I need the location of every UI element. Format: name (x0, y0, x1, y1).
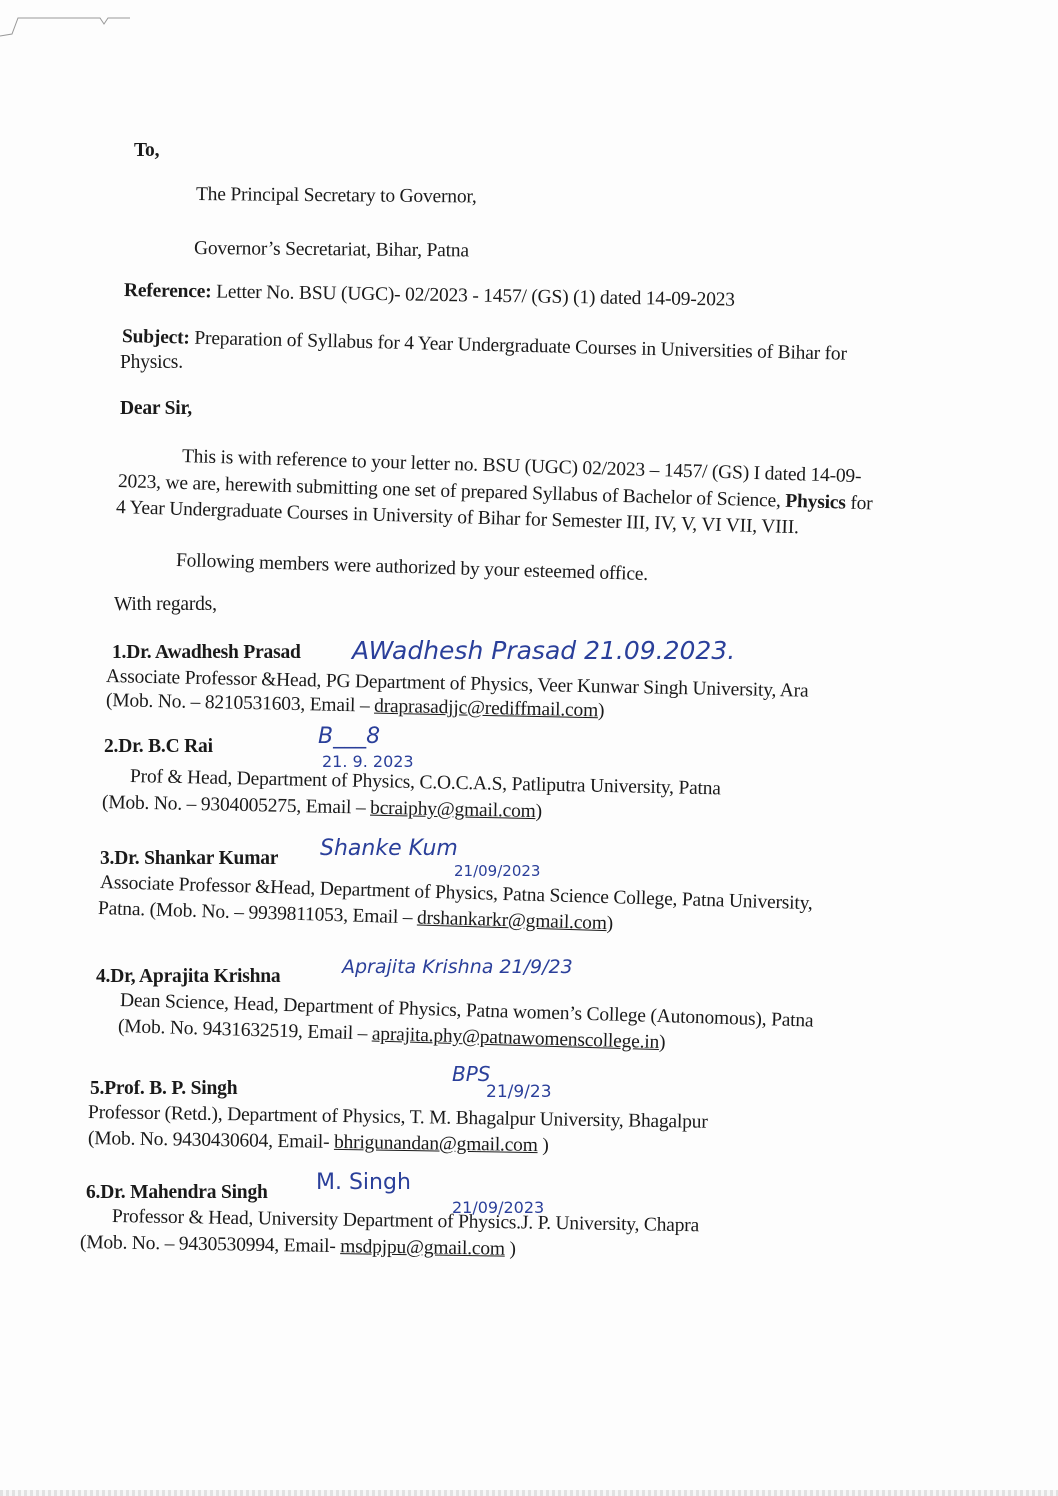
member-signature: Aprajita Krishna 21/9/23 (342, 956, 573, 978)
member-name: 3.Dr. Shankar Kumar (100, 848, 278, 870)
subject-text: Preparation of Syllabus for 4 Year Under… (194, 328, 847, 365)
email-link[interactable]: bcraiphy@gmail.com (370, 798, 536, 822)
reference-line: Reference: Letter No. BSU (UGC)- 02/2023… (124, 280, 735, 312)
recipient-line-1: The Principal Secretary to Governor, (196, 184, 477, 208)
member-signature: B___8 (318, 724, 380, 749)
member-name: 6.Dr. Mahendra Singh (86, 1182, 268, 1204)
subject-label: Subject: (122, 326, 190, 349)
email-link[interactable]: draprasadjjc@rediffmail.com (374, 696, 598, 722)
member-signature-date: 21. 9. 2023 (322, 752, 414, 771)
email-link[interactable]: msdpjpu@gmail.com (340, 1236, 505, 1260)
member-signature: Shanke Kum (320, 836, 458, 861)
reference-text: Letter No. BSU (UGC)- 02/2023 - 1457/ (G… (216, 281, 735, 310)
member-contact: (Mob. No. – 9430530994, Email- msdpjpu@g… (80, 1232, 516, 1261)
email-link[interactable]: bhrigunandan@gmail.com (334, 1132, 538, 1156)
member-contact: (Mob. No. 9430430604, Email- bhrigunanda… (88, 1128, 549, 1157)
closing: With regards, (114, 594, 217, 616)
physics-emphasis: Physics (785, 491, 846, 514)
reference-label: Reference: (124, 280, 212, 302)
member-name: 5.Prof. B. P. Singh (90, 1078, 237, 1100)
member-signature-date: 21/9/23 (486, 1082, 552, 1102)
email-link[interactable]: drshankarkr@gmail.com (417, 907, 607, 934)
recipient-line-2: Governor’s Secretariat, Bihar, Patna (194, 238, 469, 262)
scan-bottom-edge (0, 1490, 1058, 1496)
member-name: 1.Dr. Awadhesh Prasad (112, 642, 301, 664)
member-signature: BPS (452, 1062, 490, 1086)
member-designation: Professor & Head, University Department … (112, 1206, 699, 1237)
scanned-letter-page: To, The Principal Secretary to Governor,… (0, 0, 1058, 1496)
body-line-4: Following members were authorized by you… (176, 550, 649, 586)
member-name: 2.Dr. B.C Rai (104, 736, 213, 758)
scan-artifact-mark (0, 14, 130, 54)
member-contact: (Mob. No. – 9304005275, Email – bcraiphy… (102, 792, 542, 823)
salutation-to: To, (134, 140, 159, 162)
member-signature-date: 21/09/2023 (454, 862, 540, 880)
member-name: 4.Dr, Aprajita Krishna (96, 966, 280, 988)
email-link[interactable]: aprajita.phy@patnawomenscollege.in (372, 1024, 660, 1054)
member-signature: M. Singh (316, 1170, 411, 1195)
greeting: Dear Sir, (120, 398, 192, 420)
subject-line-1: Subject: Preparation of Syllabus for 4 Y… (122, 326, 847, 366)
member-signature: AWadhesh Prasad 21.09.2023. (352, 636, 735, 665)
subject-line-2: Physics. (120, 352, 183, 374)
